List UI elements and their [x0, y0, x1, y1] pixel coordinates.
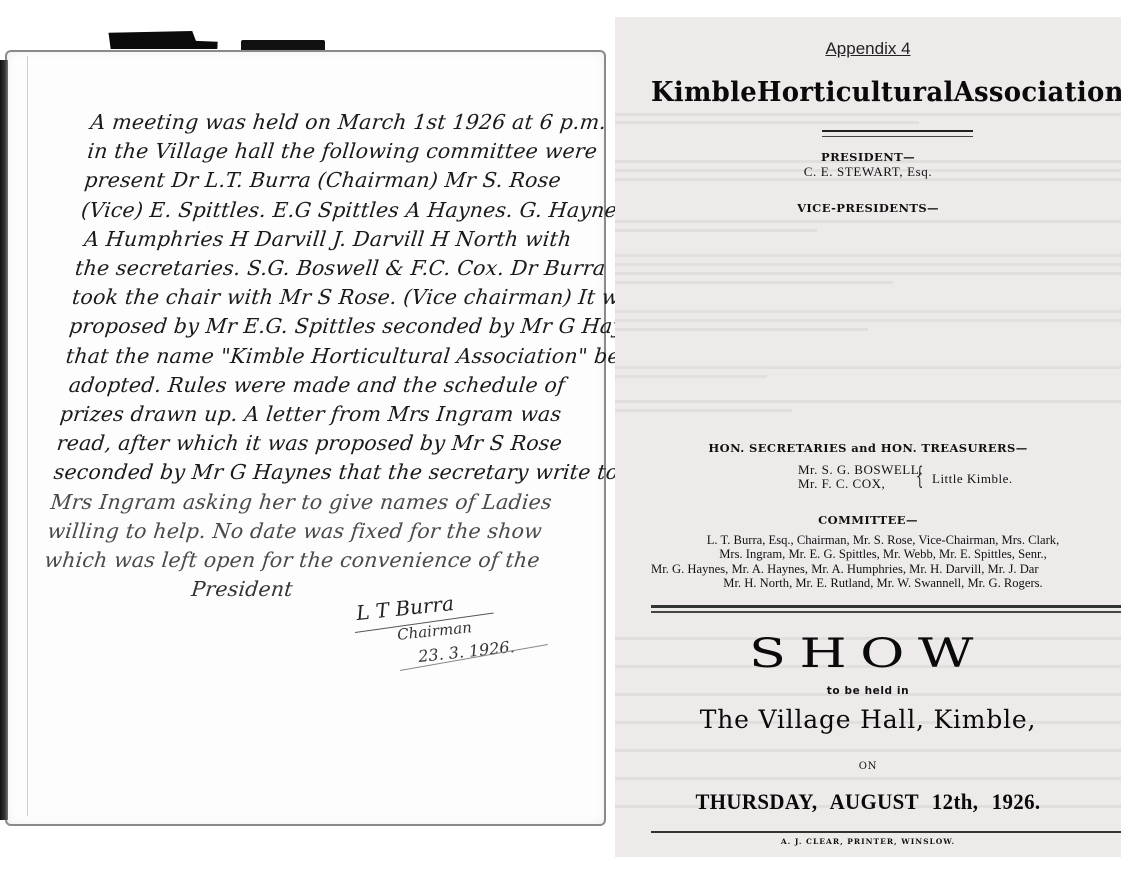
minutes-line: Mrs Ingram asking her to give names of L…: [49, 488, 582, 517]
show-date: THURSDAY, AUGUST 12th, 1926.: [628, 789, 1109, 815]
printer-credit: A. J. CLEAR, PRINTER, WINSLOW.: [615, 837, 1121, 846]
minutes-line: A meeting was held on March 1st 1926 at …: [89, 108, 622, 137]
footer-rule: [651, 831, 1121, 833]
vice-presidents-heading: VICE-PRESIDENTS—: [615, 201, 1121, 215]
president-heading: PRESIDENT—: [615, 150, 1121, 164]
bleed-through-line: [615, 319, 1121, 322]
page-margin-line: [27, 56, 28, 816]
minutes-line: took the chair with Mr S Rose. (Vice cha…: [71, 283, 604, 312]
handwritten-minutes-text: A meeting was held on March 1st 1926 at …: [40, 108, 622, 604]
committee-line: Mr. G. Haynes, Mr. A. Haynes, Mr. A. Hum…: [643, 562, 1121, 576]
held-in-label: to be held in: [615, 685, 1121, 697]
secretary-name: Mr. F. C. COX,: [798, 477, 923, 491]
minutes-line: willing to help. No date was fixed for t…: [46, 517, 579, 546]
minutes-line: (Vice) E. Spittles. E.G Spittles A Hayne…: [80, 196, 613, 225]
bleed-through-line: [615, 121, 919, 124]
bleed-through-line: [615, 749, 1121, 752]
black-tape-strip: [107, 31, 218, 49]
minutes-line: prizes drawn up. A letter from Mrs Ingra…: [58, 400, 591, 429]
minutes-line: in the Village hall the following commit…: [86, 137, 619, 166]
bleed-through-line: [615, 375, 767, 378]
committee-line: Mrs. Ingram, Mr. E. G. Spittles, Mr. Web…: [643, 547, 1121, 561]
appendix-label: Appendix 4: [615, 39, 1121, 59]
secretary-name: Mr. S. G. BOSWELL,: [798, 463, 923, 477]
bleed-through-line: [615, 366, 1121, 369]
title-word: Association.: [954, 77, 1121, 108]
minutes-line: present Dr L.T. Burra (Chairman) Mr S. R…: [83, 166, 616, 195]
bleed-through-line: [615, 310, 1121, 313]
minutes-line: the secretaries. S.G. Boswell & F.C. Cox…: [74, 254, 607, 283]
title-double-rule: [822, 130, 973, 137]
bleed-through-line: [615, 409, 792, 412]
minutes-line: A Humphries H Darvill J. Darvill H North…: [77, 225, 610, 254]
bleed-through-line: [615, 229, 817, 232]
title-word: Kimble: [651, 77, 757, 108]
bleed-through-line: [615, 777, 1121, 780]
secretaries-heading: HON. SECRETARIES and HON. TREASURERS—: [615, 441, 1121, 455]
bleed-through-line: [615, 281, 893, 284]
book-binding-edge: [0, 60, 8, 820]
venue: The Village Hall, Kimble,: [615, 705, 1121, 734]
bleed-through-line: [615, 254, 1121, 257]
bleed-through-line: [615, 263, 1121, 266]
secretaries-names: Mr. S. G. BOSWELL, Mr. F. C. COX,: [798, 463, 923, 491]
minutes-line: proposed by Mr E.G. Spittles seconded by…: [68, 312, 601, 341]
bleed-through-line: [615, 272, 1121, 275]
section-double-rule: [651, 605, 1121, 613]
on-label: ON: [615, 761, 1121, 772]
minutes-line: which was left open for the convenience …: [43, 546, 576, 575]
president-name: C. E. STEWART, Esq.: [615, 164, 1121, 180]
minutes-last-line: President: [40, 575, 573, 604]
committee-line: L. T. Burra, Esq., Chairman, Mr. S. Rose…: [643, 533, 1121, 547]
minutes-line: adopted. Rules were made and the schedul…: [61, 371, 594, 400]
brace-glyph: {: [916, 463, 924, 489]
show-title: SHOW: [615, 631, 1121, 677]
minutes-line: seconded by Mr G Haynes that the secreta…: [52, 458, 585, 487]
secretaries-place: Little Kimble.: [932, 471, 1013, 487]
minutes-line: that the name "Kimble Horticultural Asso…: [64, 342, 597, 371]
committee-line: Mr. H. North, Mr. E. Rutland, Mr. W. Swa…: [643, 576, 1121, 590]
title-word: Horticultural: [757, 77, 954, 108]
committee-list: L. T. Burra, Esq., Chairman, Mr. S. Rose…: [643, 533, 1121, 590]
committee-heading: COMMITTEE—: [615, 513, 1121, 527]
bleed-through-line: [615, 113, 1121, 116]
printed-show-schedule-page: Appendix 4 Kimble Horticultural Associat…: [615, 17, 1121, 857]
minutes-line: read, after which it was proposed by Mr …: [55, 429, 588, 458]
association-title: Kimble Horticultural Association.: [651, 77, 1112, 108]
bleed-through-line: [615, 328, 868, 331]
bleed-through-line: [615, 220, 1121, 223]
bleed-through-line: [615, 400, 1121, 403]
